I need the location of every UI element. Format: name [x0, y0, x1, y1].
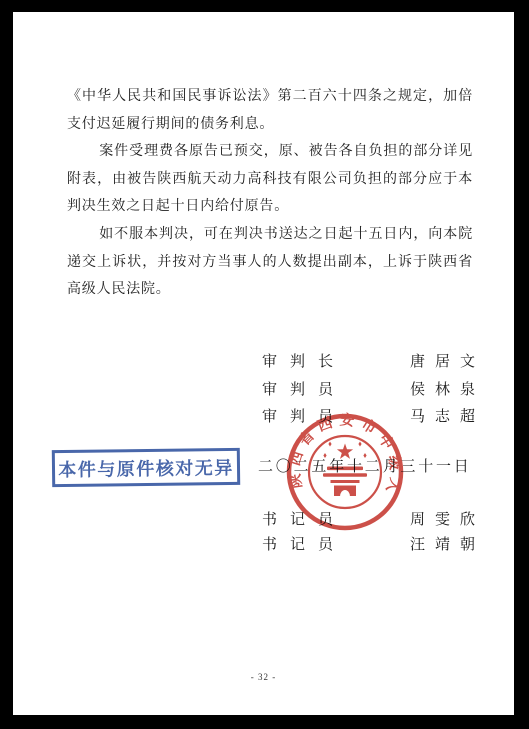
seal-court-name: 陕西省西安市中级人民法院 — [270, 397, 405, 501]
clerk-name: 汪靖朝 — [410, 533, 485, 554]
document-page: 《中华人民共和国民事诉讼法》第二百六十四条之规定，加倍支付迟延履行期间的债务利息… — [13, 12, 514, 715]
paragraph-court-fees: 案件受理费各原告已预交，原、被告各自负担的部分详见附表，由被告陕西航天动力高科技… — [67, 138, 473, 221]
paragraph-law-citation: 《中华人民共和国民事诉讼法》第二百六十四条之规定，加倍支付迟延履行期间的债务利息… — [67, 83, 473, 138]
court-seal: 陕西省西安市中级人民法院 — [270, 397, 420, 547]
judge-role-label: 审判员 — [262, 378, 346, 399]
verification-stamp-text: 本件与原件核对无异 — [58, 453, 234, 481]
clerk-name: 周雯欣 — [410, 508, 485, 529]
judge-name: 马志超 — [410, 405, 485, 426]
page-number: - 32 - — [13, 672, 514, 682]
verification-stamp: 本件与原件核对无异 — [52, 448, 240, 487]
judge-name: 唐居文 — [410, 350, 485, 371]
judgment-body-text: 《中华人民共和国民事诉讼法》第二百六十四条之规定，加倍支付迟延履行期间的债务利息… — [67, 83, 473, 304]
national-emblem-icon — [309, 436, 381, 508]
signature-judge-2: 审判员 侯林泉 — [262, 378, 475, 399]
paragraph-appeal-rights: 如不服本判决，可在判决书送达之日起十五日内，向本院递交上诉状，并按对方当事人的人… — [67, 221, 473, 304]
judge-role-label: 审判长 — [262, 350, 346, 371]
signature-presiding-judge: 审判长 唐居文 — [262, 350, 475, 371]
judge-name: 侯林泉 — [410, 378, 485, 399]
